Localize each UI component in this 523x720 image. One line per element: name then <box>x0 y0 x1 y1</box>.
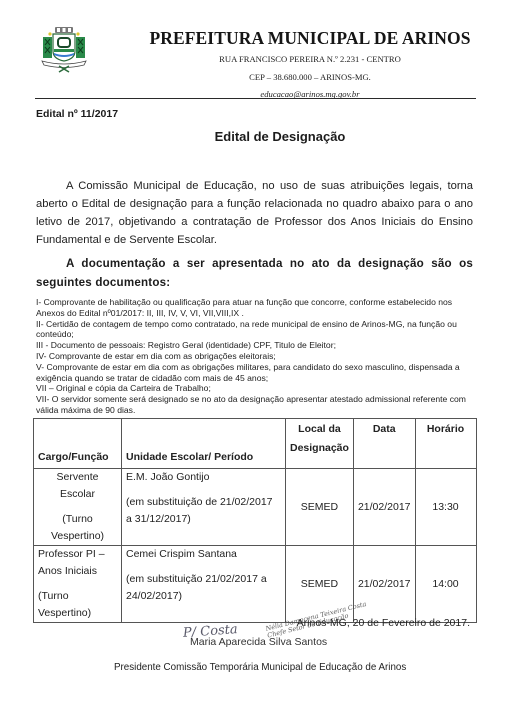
unidade-line: (em substituição de 21/02/2017 <box>126 494 281 511</box>
header-local-line2: Designação <box>290 439 349 458</box>
cell-unidade: E.M. João Gontijo (em substituição de 21… <box>122 469 286 546</box>
list-item: VII – Original e cópia da Carteira de Tr… <box>36 383 476 394</box>
cell-cargo: Professor PI – Anos Iniciais (Turno Vesp… <box>34 546 122 623</box>
address-street: RUA FRANCISCO PEREIRA N.º 2.231 - CENTRO <box>100 54 520 64</box>
table-row: Servente Escolar (Turno Vespertino) E.M.… <box>34 469 477 546</box>
municipality-title: PREFEITURA MUNICIPAL DE ARINOS <box>100 28 520 49</box>
header-unidade: Unidade Escolar/ Período <box>122 419 286 469</box>
list-item: IV- Comprovante de estar em dia com as o… <box>36 351 476 362</box>
unidade-line: a 31/12/2017) <box>126 511 281 528</box>
documents-heading-text: A documentação a ser apresentada no ato … <box>36 257 473 289</box>
header-horario: Horário <box>415 419 476 469</box>
cargo-line: (Turno <box>38 511 117 528</box>
signer-role: Presidente Comissão Temporária Municipal… <box>114 662 406 673</box>
header-data: Data <box>353 419 415 469</box>
documents-heading: A documentação a ser apresentada no ato … <box>36 254 473 292</box>
list-item: I- Comprovante de habilitação ou qualifi… <box>36 297 476 308</box>
unidade-line: 24/02/2017) <box>126 588 281 605</box>
unidade-line: Cemei Crispim Santana <box>126 546 281 563</box>
cell-horario: 14:00 <box>415 546 476 623</box>
table-header-row: Cargo/Função Unidade Escolar/ Período Lo… <box>34 419 477 469</box>
cargo-line: Vespertino) <box>38 605 117 622</box>
cargo-line: (Turno <box>38 588 117 605</box>
address-postal-code: CEP – 38.680.000 – ARINOS-MG. <box>100 72 520 82</box>
cell-cargo: Servente Escolar (Turno Vespertino) <box>34 469 122 546</box>
cargo-line: Vespertino) <box>38 528 117 545</box>
cargo-line: Servente Escolar <box>38 469 117 503</box>
intro-paragraph: A Comissão Municipal de Educação, no uso… <box>36 177 473 249</box>
header-divider <box>35 98 476 99</box>
header-local-line1: Local da <box>290 420 349 439</box>
cell-data: 21/02/2017 <box>353 469 415 546</box>
edital-number: Edital nº 11/2017 <box>36 108 118 120</box>
unidade-line: E.M. João Gontijo <box>126 469 281 486</box>
cell-local: SEMED <box>286 469 354 546</box>
list-item: II- Certidão de contagem de tempo como c… <box>36 319 476 330</box>
list-item: válida máxima de 90 dias. <box>36 405 476 416</box>
list-item: VII- O servidor somente será designado s… <box>36 394 476 405</box>
header-cargo: Cargo/Função <box>34 419 122 469</box>
list-item: Anexos do Edital nº01/2017: II, III, IV,… <box>36 308 476 319</box>
cargo-line: Professor PI – <box>38 546 117 563</box>
cell-unidade: Cemei Crispim Santana (em substituição 2… <box>122 546 286 623</box>
designation-table: Cargo/Função Unidade Escolar/ Período Lo… <box>33 418 477 623</box>
coat-of-arms-logo-icon <box>40 25 88 73</box>
list-item: conteúdo; <box>36 329 476 340</box>
unidade-line: (em substituição 21/02/2017 a <box>126 571 281 588</box>
list-item: III - Documento de pessoais: Registro Ge… <box>36 340 476 351</box>
document-title: Edital de Designação <box>0 129 523 144</box>
cargo-line: Anos Iniciais <box>38 563 117 580</box>
cell-horario: 13:30 <box>415 469 476 546</box>
table-row: Professor PI – Anos Iniciais (Turno Vesp… <box>34 546 477 623</box>
list-item: exigência quando se tratar de cidadão co… <box>36 373 476 384</box>
documents-list: I- Comprovante de habilitação ou qualifi… <box>36 297 476 416</box>
header-local: Local da Designação <box>286 419 354 469</box>
intro-text: A Comissão Municipal de Educação, no uso… <box>36 180 473 246</box>
list-item: V- Comprovante de estar em dia com as ob… <box>36 362 476 373</box>
signer-name: Maria Aparecida Silva Santos <box>190 636 327 648</box>
